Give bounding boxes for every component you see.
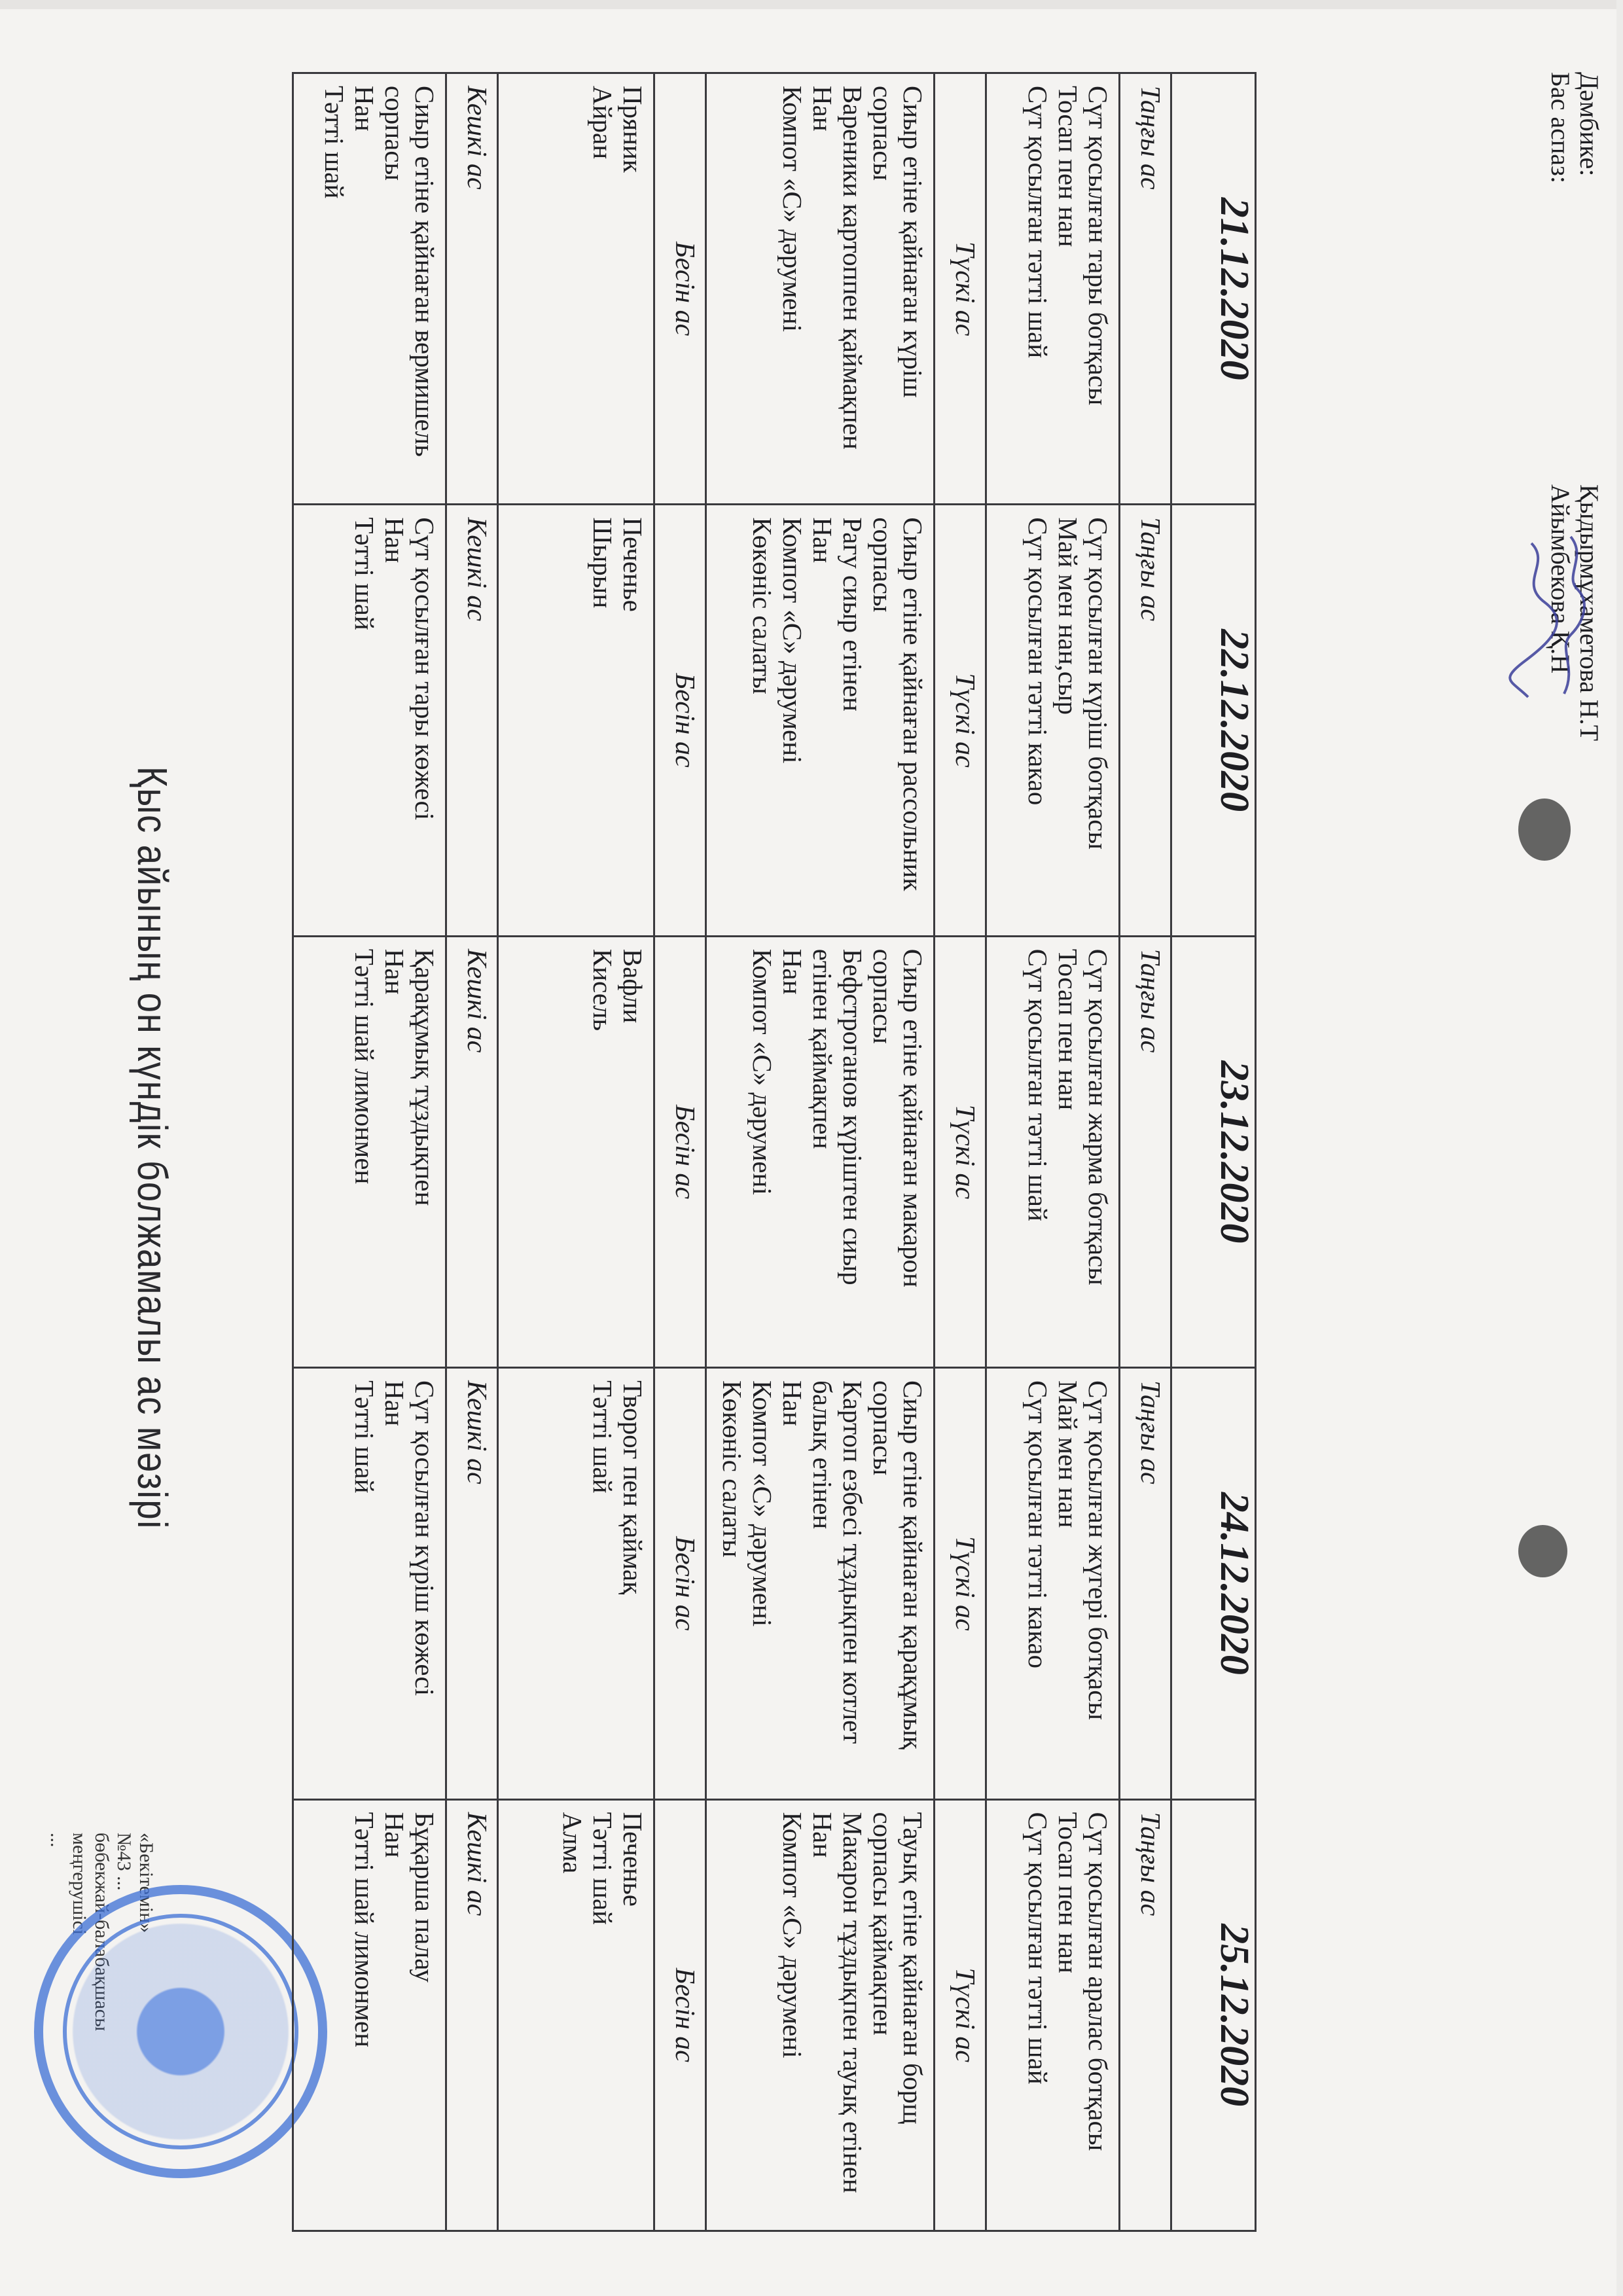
- menu-item: Сүт қосылған тары көжесі: [410, 517, 440, 923]
- menu-item: Нан: [777, 1380, 808, 1786]
- meal-items-row-snack: ПряникАйранПеченьеШырынВафлиКисельТворог…: [498, 73, 654, 2231]
- menu-item: Алма: [558, 1812, 588, 2218]
- meal-items-row-dinner: Сиыр етіне қайнаған вермишель сорпасыНан…: [293, 73, 446, 2231]
- menu-item: Нан: [380, 949, 410, 1355]
- menu-item: Нан: [380, 517, 410, 923]
- meal-label-dinner: Кешкі ас: [446, 1368, 498, 1799]
- menu-cell: Творог пен қаймақТәтті шай: [498, 1368, 654, 1799]
- menu-item: Шырын: [588, 517, 618, 923]
- menu-item: Тосап пен нан: [1053, 86, 1083, 492]
- menu-item: Тәтті шай: [319, 86, 349, 492]
- meal-label-row-snack: Бесін асБесін асБесін асБесін асБесін ас: [654, 73, 706, 2231]
- menu-item: Тәтті шай: [349, 1380, 380, 1786]
- menu-item: Сүт қосылған тәтті какао: [1023, 1380, 1053, 1786]
- menu-item: Бұқарша палау: [410, 1812, 440, 2218]
- menu-item: Айран: [588, 86, 618, 492]
- menu-cell: Сүт қосылған аралас ботқасыТосап пен нан…: [986, 1799, 1120, 2231]
- menu-item: Нан: [349, 86, 380, 492]
- menu-item: Макарон тұздықпен тауық етінен: [838, 1812, 868, 2218]
- menu-item: Нан: [380, 1812, 410, 2218]
- menu-cell: Бұқарша палауНанТәтті шай лимонмен: [293, 1799, 446, 2231]
- menu-item: Компот «С» дәрумені: [777, 517, 808, 923]
- meal-label-lunch: Түскі ас: [935, 505, 986, 936]
- menu-item: Сүт қосылған тәтті шай: [1023, 1812, 1053, 2218]
- meal-label-lunch: Түскі ас: [935, 1799, 986, 2231]
- date-header: 25.12.2020: [1171, 1799, 1256, 2231]
- menu-item: Сиыр етіне қайнаған макарон сорпасы: [868, 949, 928, 1355]
- meal-label-snack: Бесін ас: [654, 73, 706, 505]
- menu-item: Сүт қосылған тары ботқасы: [1083, 86, 1113, 492]
- menu-item: Пряник: [618, 86, 648, 492]
- signature-role: Бас аспаз:: [1546, 72, 1575, 484]
- menu-item: Қарақұмық тұздықпен: [410, 949, 440, 1355]
- meal-label-dinner: Кешкі ас: [446, 505, 498, 936]
- menu-table: 21.12.202022.12.202023.12.202024.12.2020…: [292, 72, 1257, 2232]
- menu-item: Сүт қосылған тәтті шай: [1023, 86, 1053, 492]
- menu-item: Печенье: [618, 1812, 648, 2218]
- meal-label-dinner: Кешкі ас: [446, 1799, 498, 2231]
- meal-label-breakfast: Таңғы ас: [1120, 505, 1171, 936]
- menu-cell: Тауық етіне қайнаған борщ сорпасы қаймақ…: [706, 1799, 935, 2231]
- meal-label-breakfast: Таңғы ас: [1120, 1368, 1171, 1799]
- menu-item: Тәтті шай лимонмен: [349, 949, 380, 1355]
- menu-item: Нан: [808, 517, 838, 923]
- page-title: Қыс айының он күндік болжамалы ас мәзірі: [128, 172, 177, 2124]
- meal-label-lunch: Түскі ас: [935, 1368, 986, 1799]
- menu-item: Тосап пен нан: [1053, 949, 1083, 1355]
- meal-label-row-breakfast: Таңғы асТаңғы асТаңғы асТаңғы асТаңғы ас: [1120, 73, 1171, 2231]
- menu-item: Сиыр етіне қайнаған рассольник сорпасы: [868, 517, 928, 923]
- menu-item: Тәтті шай: [588, 1380, 618, 1786]
- menu-cell: ПеченьеТәтті шайАлма: [498, 1799, 654, 2231]
- menu-item: Компот «С» дәрумені: [777, 1812, 808, 2218]
- menu-cell: Қарақұмық тұздықпенНанТәтті шай лимонмен: [293, 936, 446, 1367]
- menu-item: Картоп езбесі тұздықпен котлет балық еті…: [808, 1380, 868, 1786]
- menu-item: Сиыр етіне қайнаған вермишель сорпасы: [380, 86, 440, 492]
- menu-item: Сүт қосылған аралас ботқасы: [1083, 1812, 1113, 2218]
- signatures-block: Дәмбике: Қыдырмұхаметова Н.Т Бас аспаз: …: [1546, 72, 1603, 741]
- menu-item: Сүт қосылған тәтті шай: [1023, 949, 1053, 1355]
- meal-label-lunch: Түскі ас: [935, 936, 986, 1367]
- menu-cell: Сиыр етіне қайнаған қарақұмық сорпасыКар…: [706, 1368, 935, 1799]
- menu-item: Нан: [777, 949, 808, 1355]
- menu-item: Нан: [808, 86, 838, 492]
- menu-cell: Сүт қосылған күріш ботқасыМай мен нан,сы…: [986, 505, 1120, 936]
- menu-item: Компот «С» дәрумені: [777, 86, 808, 492]
- meal-label-snack: Бесін ас: [654, 936, 706, 1367]
- menu-item: Сүт қосылған күріш көжесі: [410, 1380, 440, 1786]
- meal-label-snack: Бесін ас: [654, 1799, 706, 2231]
- menu-item: Вафли: [618, 949, 648, 1355]
- meal-items-row-breakfast: Сүт қосылған тары ботқасыТосап пен нанСү…: [986, 73, 1120, 2231]
- menu-item: Сүт қосылған жүгері ботқасы: [1083, 1380, 1113, 1786]
- date-header: 23.12.2020: [1171, 936, 1256, 1367]
- menu-item: Нан: [808, 1812, 838, 2218]
- menu-item: Көкөніс салаты: [747, 517, 777, 923]
- menu-cell: ПеченьеШырын: [498, 505, 654, 936]
- date-header: 21.12.2020: [1171, 73, 1256, 505]
- official-stamp-icon: [34, 1885, 327, 2178]
- menu-item: Май мен нан,сыр: [1053, 517, 1083, 923]
- menu-item: Сиыр етіне қайнаған күріш сорпасы: [868, 86, 928, 492]
- menu-cell: Сиыр етіне қайнаған макарон сорпасыБефст…: [706, 936, 935, 1367]
- menu-item: Сүт қосылған күріш ботқасы: [1083, 517, 1113, 923]
- menu-item: Көкөніс салаты: [717, 1380, 747, 1786]
- menu-cell: Сүт қосылған жүгері ботқасыМай мен нанСү…: [986, 1368, 1120, 1799]
- menu-cell: Сиыр етіне қайнаған рассольник сорпасыРа…: [706, 505, 935, 936]
- menu-cell: Сүт қосылған тары ботқасыТосап пен нанСү…: [986, 73, 1120, 505]
- signature-role: Дәмбике:: [1575, 72, 1603, 484]
- menu-item: Сиыр етіне қайнаған қарақұмық сорпасы: [868, 1380, 928, 1786]
- menu-item: Кисель: [588, 949, 618, 1355]
- menu-item: Печенье: [618, 517, 648, 923]
- menu-item: Компот «С» дәрумені: [747, 1380, 777, 1786]
- menu-item: Творог пен қаймақ: [618, 1380, 648, 1786]
- menu-cell: Сүт қосылған жарма ботқасыТосап пен нанС…: [986, 936, 1120, 1367]
- date-header: 22.12.2020: [1171, 505, 1256, 936]
- meal-items-row-lunch: Сиыр етіне қайнаған күріш сорпасыВареник…: [706, 73, 935, 2231]
- meal-label-snack: Бесін ас: [654, 505, 706, 936]
- date-header: 24.12.2020: [1171, 1368, 1256, 1799]
- meal-label-dinner: Кешкі ас: [446, 73, 498, 505]
- meal-label-row-dinner: Кешкі асКешкі асКешкі асКешкі асКешкі ас: [446, 73, 498, 2231]
- menu-item: Тауық етіне қайнаған борщ сорпасы қаймақ…: [868, 1812, 928, 2218]
- menu-item: Нан: [380, 1380, 410, 1786]
- handwritten-signature-icon: [1505, 530, 1590, 700]
- menu-item: Май мен нан: [1053, 1380, 1083, 1786]
- menu-cell: ВафлиКисель: [498, 936, 654, 1367]
- meal-label-breakfast: Таңғы ас: [1120, 73, 1171, 505]
- menu-item: Тәтті шай лимонмен: [349, 1812, 380, 2218]
- meal-label-breakfast: Таңғы ас: [1120, 936, 1171, 1367]
- date-header-row: 21.12.202022.12.202023.12.202024.12.2020…: [1171, 73, 1256, 2231]
- meal-label-snack: Бесін ас: [654, 1368, 706, 1799]
- menu-item: Тәтті шай: [349, 517, 380, 923]
- menu-item: Бефстроганов күріштен сиыр етінен қаймақ…: [808, 949, 868, 1355]
- menu-cell: Сиыр етіне қайнаған вермишель сорпасыНан…: [293, 73, 446, 505]
- menu-cell: Сүт қосылған күріш көжесіНанТәтті шай: [293, 1368, 446, 1799]
- menu-item: Сүт қосылған тәтті какао: [1023, 517, 1053, 923]
- meal-label-lunch: Түскі ас: [935, 73, 986, 505]
- menu-page: Қыс айының он күндік болжамалы ас мәзірі…: [0, 0, 1623, 2296]
- meal-label-breakfast: Таңғы ас: [1120, 1799, 1171, 2231]
- menu-item: Тосап пен нан: [1053, 1812, 1083, 2218]
- menu-cell: Сиыр етіне қайнаған күріш сорпасыВареник…: [706, 73, 935, 505]
- menu-item: Тәтті шай: [588, 1812, 618, 2218]
- menu-item: Вареники картоппен қаймақпен: [838, 86, 868, 492]
- menu-item: Сүт қосылған жарма ботқасы: [1083, 949, 1113, 1355]
- menu-cell: ПряникАйран: [498, 73, 654, 505]
- menu-item: Компот «С» дәрумені: [747, 949, 777, 1355]
- meal-label-dinner: Кешкі ас: [446, 936, 498, 1367]
- meal-label-row-lunch: Түскі асТүскі асТүскі асТүскі асТүскі ас: [935, 73, 986, 2231]
- menu-cell: Сүт қосылған тары көжесіНанТәтті шай: [293, 505, 446, 936]
- menu-item: Рагу сиыр етінен: [838, 517, 868, 923]
